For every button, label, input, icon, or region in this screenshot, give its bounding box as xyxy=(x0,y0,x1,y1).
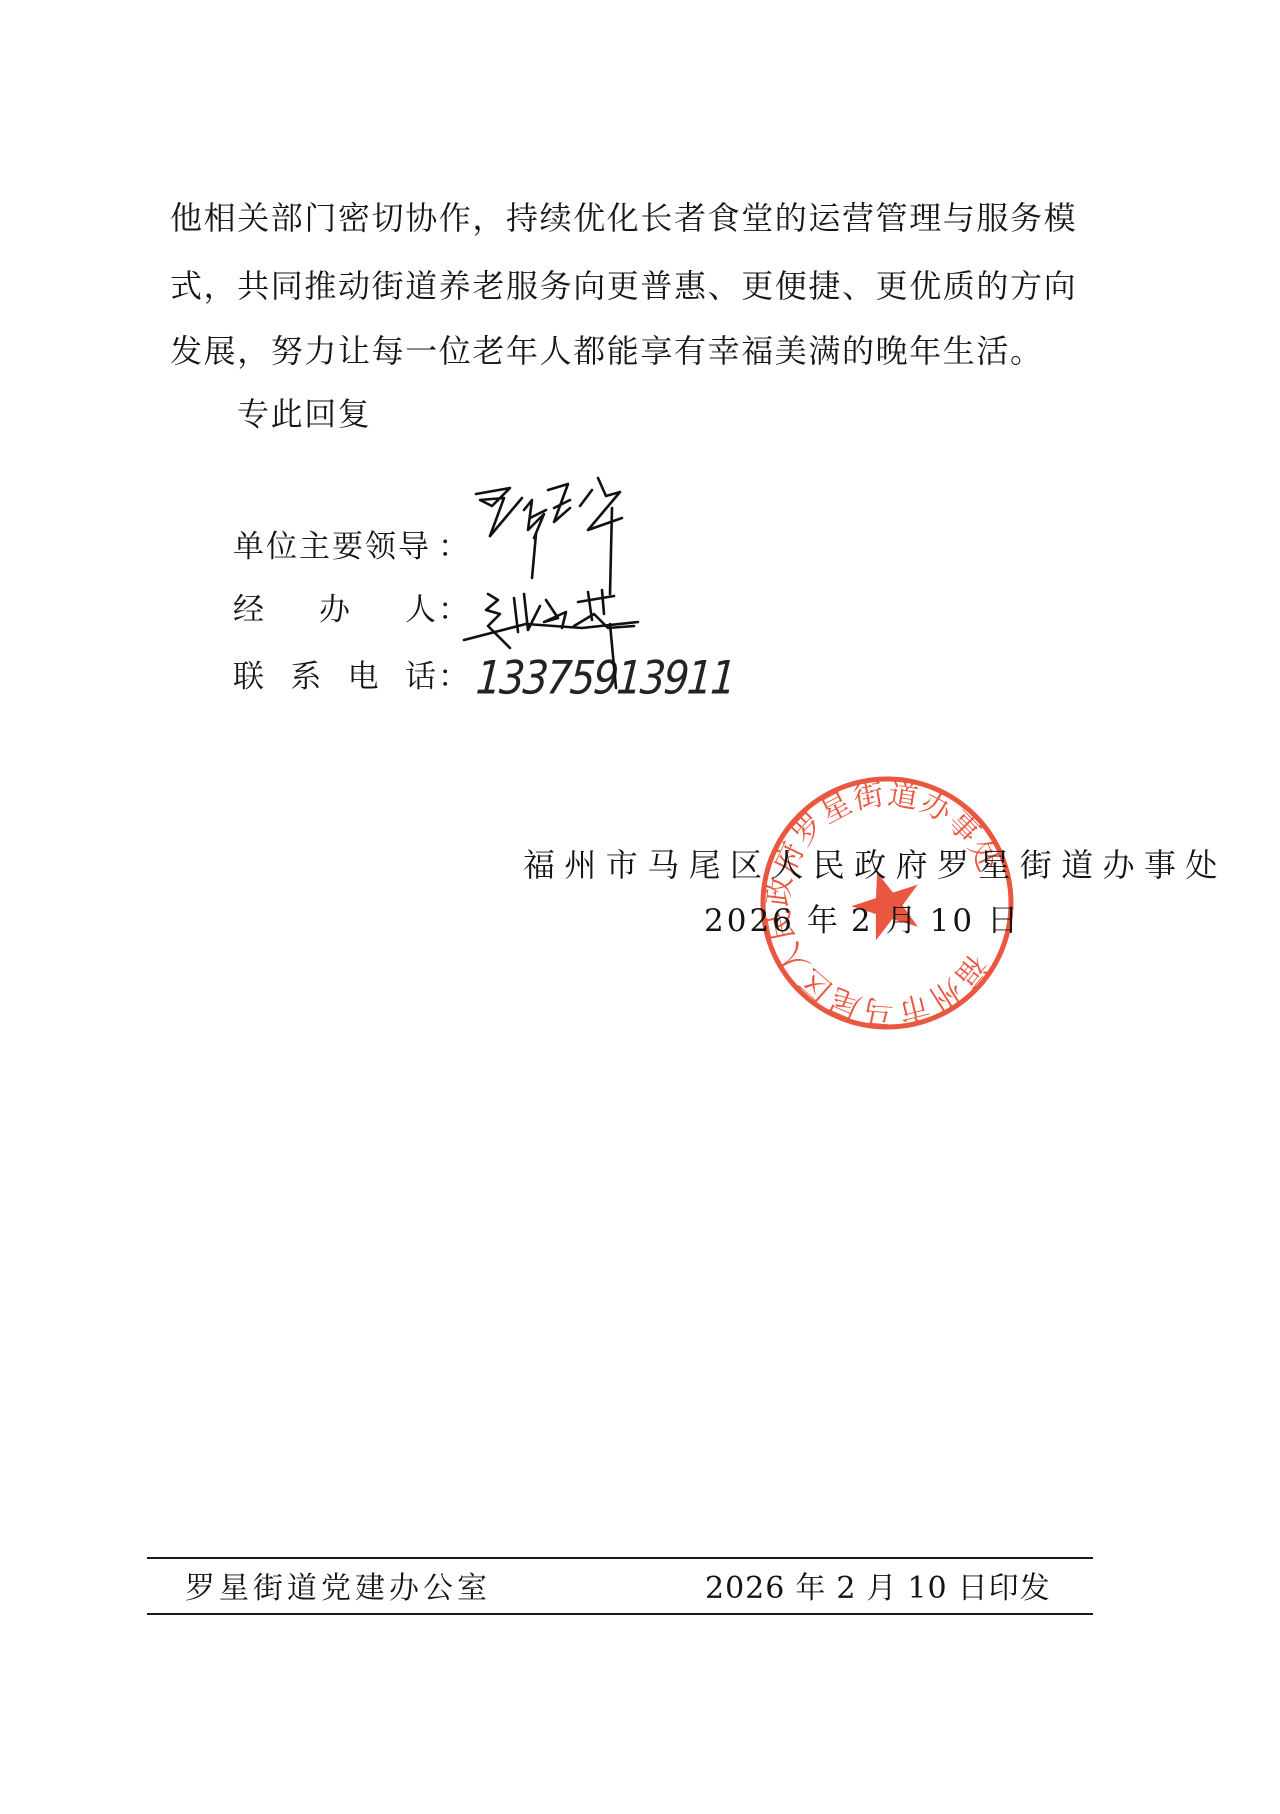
print-day-unit: 日印发 xyxy=(958,1571,1051,1606)
body-line-2: 式，共同推动街道养老服务向更普惠、更便捷、更优质的方向 xyxy=(170,268,1077,304)
leader-signature-row: 单位主要领导 ： xyxy=(233,527,462,567)
footer-office: 罗星街道党建办公室 xyxy=(185,1570,491,1608)
issue-month-unit: 月 xyxy=(886,903,918,939)
handler-signature-row: 经办人 ： xyxy=(233,590,462,630)
print-year: 2026 xyxy=(705,1571,785,1606)
issue-month: 2 xyxy=(851,903,874,939)
print-month: 2 xyxy=(836,1571,856,1606)
print-year-unit: 年 xyxy=(795,1571,826,1606)
leader-label: 单位主要领导 xyxy=(233,529,438,565)
footer-print-date: 2026年2月10日印发 xyxy=(705,1570,1051,1608)
issue-day-unit: 日 xyxy=(987,903,1019,939)
print-day: 10 xyxy=(907,1571,947,1606)
footer-top-rule xyxy=(147,1557,1093,1559)
body-line-1: 他相关部门密切协作，持续优化长者食堂的运营管理与服务模 xyxy=(170,200,1077,236)
body-line-3: 发展，努力让每一位老年人都能享有幸福美满的晚年生活。 xyxy=(170,333,1044,369)
issue-year-unit: 年 xyxy=(807,903,839,939)
issuer-date: 2026年2月10日 xyxy=(704,903,1019,939)
issue-day: 10 xyxy=(930,903,975,939)
handler-colon: ： xyxy=(438,592,462,628)
issue-year: 2026 xyxy=(704,903,795,939)
phone-colon: ： xyxy=(438,659,462,695)
document-page: 他相关部门密切协作，持续优化长者食堂的运营管理与服务模 式，共同推动街道养老服务… xyxy=(0,0,1280,1814)
print-month-unit: 月 xyxy=(866,1571,897,1606)
closing-phrase: 专此回复 xyxy=(237,396,371,432)
phone-label: 联系电话 xyxy=(233,659,438,695)
footer-bottom-rule xyxy=(147,1613,1093,1615)
issuer-org-name: 福州市马尾区人民政府罗星街道办事处 xyxy=(523,847,1227,883)
phone-row: 联系电话 ： xyxy=(233,657,462,697)
handwritten-phone-number: 13375913911 xyxy=(474,652,736,705)
leader-colon: ： xyxy=(438,529,462,565)
handler-label: 经办人 xyxy=(233,592,438,628)
